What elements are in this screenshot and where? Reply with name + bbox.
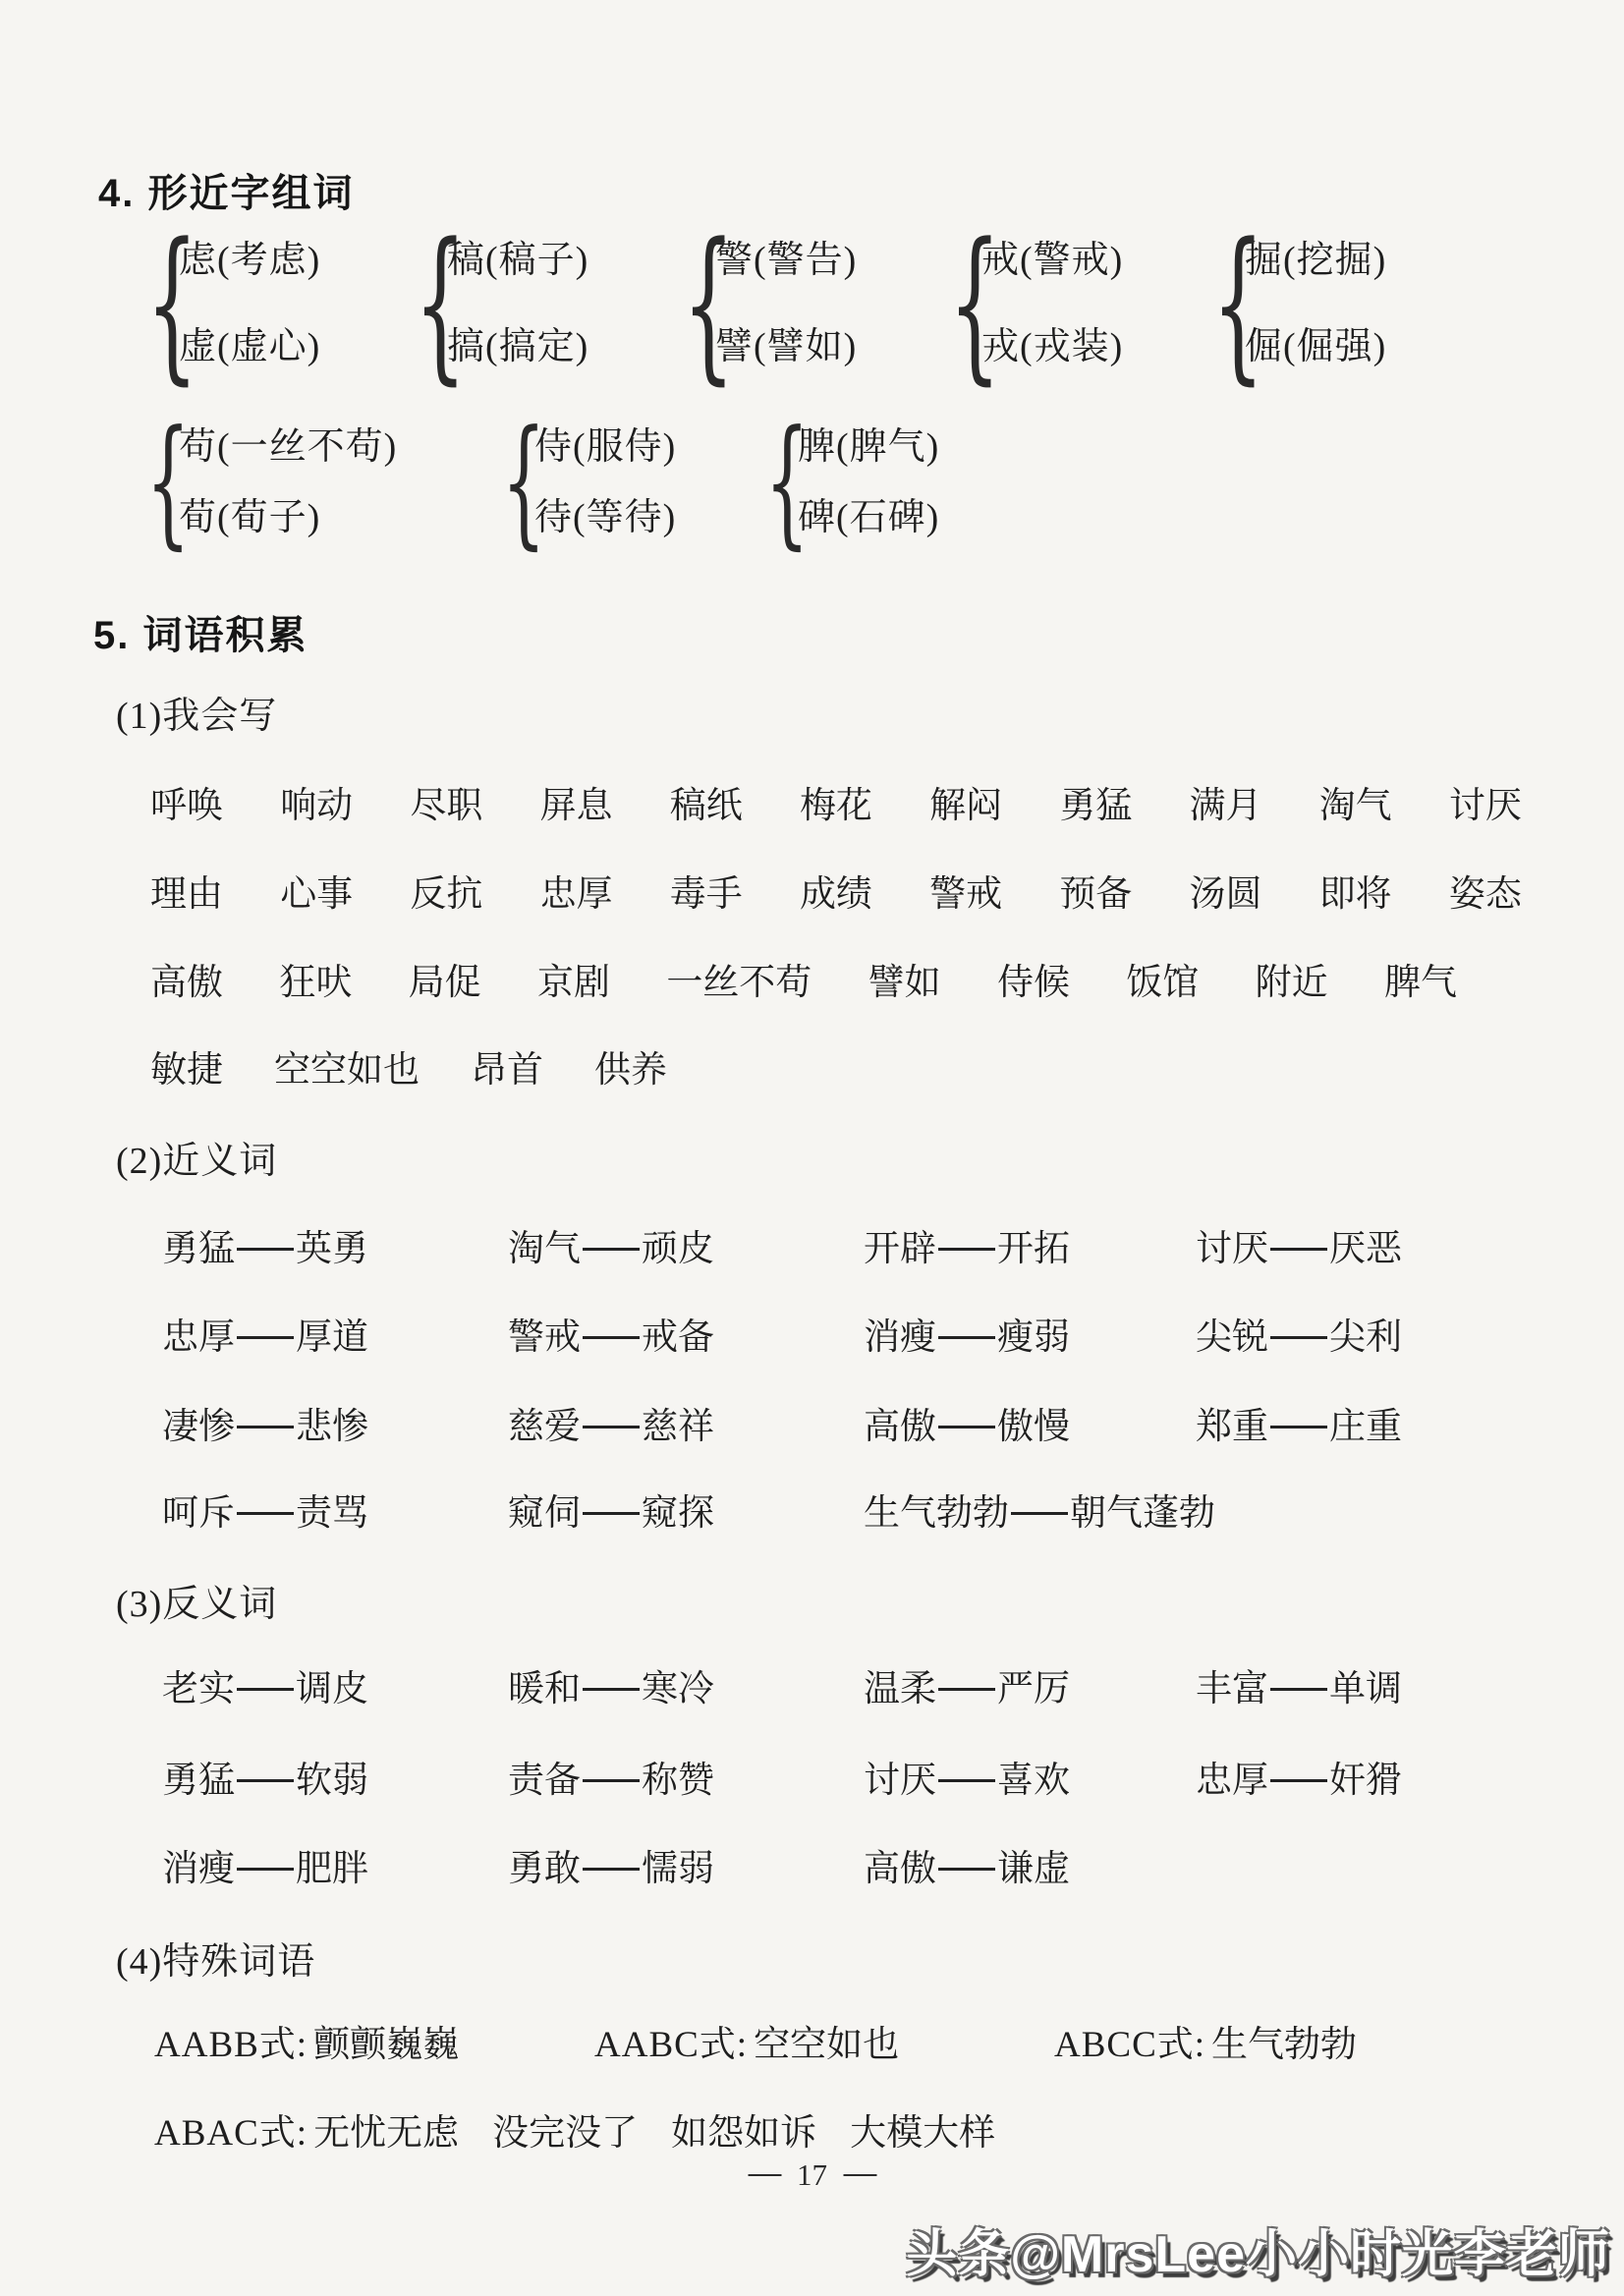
brace-word-pair: 掘(挖掘)倔(倔强): [1245, 239, 1386, 368]
special-words-row: AABB式:颤颤巍巍AABC式:空空如也ABCC式:生气勃勃: [154, 2014, 1575, 2067]
dash-connector: [938, 1426, 995, 1428]
page-number: 17: [748, 2157, 876, 2193]
pair-right-word: 尖利: [1329, 1317, 1402, 1358]
dash-connector: [938, 1688, 995, 1691]
pattern-word: 大模大样: [850, 2113, 995, 2154]
dash-connector: [1270, 1779, 1327, 1782]
pair-right-word: 软弱: [296, 1761, 368, 1801]
pair-left-word: 勇猛: [162, 1229, 235, 1269]
pair-right-word: 厚道: [296, 1317, 368, 1358]
word-list-row: 理由心事反抗忠厚毒手成绩警戒预备汤圆即将姿态: [150, 864, 1522, 917]
brace-word-top: 脾(脾气): [798, 425, 939, 469]
pair-right-word: 傲慢: [997, 1407, 1070, 1447]
brace-word-top: 苟(一丝不苟): [179, 425, 397, 469]
word-pair: 讨厌喜欢: [864, 1750, 1196, 1803]
brace-word-pair: 戒(警戒)戎(戎装): [981, 239, 1123, 368]
word-item: 毒手: [670, 864, 743, 917]
brace-word-bottom: 待(等待): [534, 496, 676, 539]
brace-word-top: 虑(考虑): [179, 239, 320, 282]
pattern-item: AABC式:空空如也: [594, 2014, 1054, 2067]
left-brace-icon: {: [415, 221, 435, 386]
pair-left-word: 消瘦: [864, 1317, 936, 1358]
pair-right-word: 庄重: [1329, 1407, 1402, 1447]
pair-left-word: 忠厚: [162, 1317, 235, 1358]
word-item: 供养: [594, 1039, 667, 1092]
brace-group: {侍(服侍)待(等待): [491, 413, 676, 552]
word-pair: 温柔严厉: [864, 1658, 1196, 1711]
pattern-word: 颤颤巍巍: [313, 2025, 459, 2065]
pair-left-word: 尖锐: [1196, 1317, 1268, 1358]
dash-connector: [237, 1868, 294, 1871]
brace-word-top: 警(警告): [715, 239, 857, 282]
word-pair: 淘气顽皮: [508, 1218, 864, 1271]
word-pair: 丰富单调: [1196, 1658, 1575, 1711]
word-pair: 尖锐尖利: [1196, 1307, 1575, 1360]
pattern-word: 没完没了: [492, 2113, 638, 2154]
subsection-4-title: (4)特殊词语: [116, 1931, 315, 1985]
pair-right-word: 戒备: [642, 1317, 714, 1358]
pair-right-word: 单调: [1329, 1669, 1402, 1709]
word-item: 成绩: [800, 864, 872, 917]
pair-right-word: 英勇: [296, 1229, 368, 1269]
brace-word-top: 侍(服侍): [534, 425, 676, 469]
pair-left-word: 责备: [508, 1761, 581, 1801]
pair-right-word: 朝气蓬勃: [1070, 1493, 1215, 1534]
word-pair: 高傲傲慢: [864, 1396, 1196, 1449]
brace-group: {掘(挖掘)倔(倔强): [1202, 221, 1386, 386]
brace-word-bottom: 搞(搞定): [447, 325, 588, 368]
word-pair: 呵斥责骂: [162, 1483, 508, 1536]
word-list-row: 敏捷空空如也昂首供养: [150, 1039, 667, 1092]
word-pair: 勇敢懦弱: [508, 1838, 864, 1891]
brace-word-pair: 虑(考虑)虚(虚心): [179, 239, 320, 368]
page-number-dash-left: [748, 2174, 781, 2176]
word-pair: 勇猛英勇: [162, 1218, 508, 1271]
pair-left-word: 郑重: [1196, 1407, 1268, 1447]
pair-right-word: 谦虚: [997, 1849, 1070, 1889]
watermark-text: 头条@MrsLee小小时光李老师: [906, 2212, 1610, 2286]
synonym-row: 勇猛英勇淘气顽皮开辟开拓讨厌厌恶: [162, 1218, 1575, 1271]
synonym-row: 凄惨悲惨慈爱慈祥高傲傲慢郑重庄重: [162, 1396, 1575, 1449]
dash-connector: [237, 1512, 294, 1515]
pattern-word: 如怨如诉: [671, 2113, 816, 2154]
brace-word-bottom: 戎(戎装): [981, 325, 1123, 368]
pair-right-word: 顽皮: [642, 1229, 714, 1269]
brace-group: {虑(考虑)虚(虚心): [136, 221, 320, 386]
dash-connector: [237, 1248, 294, 1251]
word-list-row: 呼唤响动尽职屏息稿纸梅花解闷勇猛满月淘气讨厌: [150, 775, 1522, 828]
left-brace-icon: {: [502, 413, 523, 552]
pair-left-word: 老实: [162, 1669, 235, 1709]
word-pair: 忠厚厚道: [162, 1307, 508, 1360]
word-item: 讨厌: [1449, 775, 1522, 828]
word-item: 汤圆: [1190, 864, 1262, 917]
pair-right-word: 严厉: [997, 1669, 1070, 1709]
dash-connector: [237, 1688, 294, 1691]
antonym-row: 老实调皮暖和寒冷温柔严厉丰富单调: [162, 1658, 1575, 1711]
pair-right-word: 窥探: [642, 1493, 714, 1534]
page-number-dash-right: [843, 2174, 876, 2176]
dash-connector: [237, 1336, 294, 1339]
brace-word-bottom: 倔(倔强): [1245, 325, 1386, 368]
word-item: 饭馆: [1126, 952, 1199, 1005]
special-words-row: ABAC式:无忧无虑没完没了如怨如诉大模大样: [154, 2102, 1575, 2156]
pair-right-word: 瘦弱: [997, 1317, 1070, 1358]
pair-left-word: 淘气: [508, 1229, 581, 1269]
pattern-label: AABB式:: [154, 2025, 308, 2065]
word-pair: 暖和寒冷: [508, 1658, 864, 1711]
word-item: 心事: [280, 864, 353, 917]
word-list-row: 高傲狂吠局促京剧一丝不苟譬如侍候饭馆附近脾气: [150, 952, 1457, 1005]
dash-connector: [938, 1336, 995, 1339]
pattern-item: ABCC式:生气勃勃: [1054, 2014, 1575, 2067]
pair-left-word: 丰富: [1196, 1669, 1268, 1709]
pair-left-word: 讨厌: [1196, 1229, 1268, 1269]
word-item: 京剧: [537, 952, 610, 1005]
brace-word-pair: 苟(一丝不苟)荀(荀子): [179, 425, 397, 539]
synonym-row: 呵斥责骂窥伺窥探生气勃勃朝气蓬勃: [162, 1483, 1575, 1536]
pair-right-word: 责骂: [296, 1493, 368, 1534]
dash-connector: [1011, 1512, 1068, 1515]
word-item: 忠厚: [540, 864, 613, 917]
brace-group: {苟(一丝不苟)荀(荀子): [136, 413, 397, 552]
word-item: 稿纸: [670, 775, 743, 828]
word-pair: 勇猛软弱: [162, 1750, 508, 1803]
word-item: 解闷: [929, 775, 1002, 828]
antonym-row: 勇猛软弱责备称赞讨厌喜欢忠厚奸猾: [162, 1750, 1575, 1803]
word-item: 附近: [1256, 952, 1328, 1005]
brace-group: {稿(稿子)搞(搞定): [404, 221, 588, 386]
dash-connector: [237, 1779, 294, 1782]
brace-word-top: 戒(警戒): [981, 239, 1123, 282]
pattern-item: ABAC式:无忧无虑没完没了如怨如诉大模大样: [154, 2102, 1575, 2156]
brace-group: {脾(脾气)碑(石碑): [755, 413, 939, 552]
word-pair: 消瘦瘦弱: [864, 1307, 1196, 1360]
antonym-row: 消瘦肥胖勇敢懦弱高傲谦虚: [162, 1838, 1575, 1891]
pair-right-word: 称赞: [642, 1761, 714, 1801]
word-item: 屏息: [540, 775, 613, 828]
word-pair: 郑重庄重: [1196, 1396, 1575, 1449]
word-item: 敏捷: [150, 1039, 223, 1092]
word-item: 淘气: [1319, 775, 1392, 828]
dash-connector: [938, 1248, 995, 1251]
word-pair: 忠厚奸猾: [1196, 1750, 1575, 1803]
pair-left-word: 暖和: [508, 1669, 581, 1709]
dash-connector: [583, 1868, 640, 1871]
pair-left-word: 勇猛: [162, 1761, 235, 1801]
pair-left-word: 凄惨: [162, 1407, 235, 1447]
word-item: 预备: [1059, 864, 1132, 917]
word-pair: 慈爱慈祥: [508, 1396, 864, 1449]
word-pair: 高傲谦虚: [864, 1838, 1196, 1891]
word-item: 高傲: [150, 952, 223, 1005]
brace-word-pair: 侍(服侍)待(等待): [534, 425, 676, 539]
word-pair: 凄惨悲惨: [162, 1396, 508, 1449]
pair-left-word: 讨厌: [864, 1761, 936, 1801]
pattern-word: 生气勃勃: [1211, 2025, 1357, 2065]
page-number-value: 17: [797, 2157, 827, 2193]
synonym-row: 忠厚厚道警戒戒备消瘦瘦弱尖锐尖利: [162, 1307, 1575, 1360]
word-item: 侍候: [997, 952, 1070, 1005]
word-item: 昂首: [471, 1039, 543, 1092]
brace-word-pair: 警(警告)譬(譬如): [715, 239, 857, 368]
pair-left-word: 高傲: [864, 1407, 936, 1447]
dash-connector: [1270, 1336, 1327, 1339]
pattern-item: AABB式:颤颤巍巍: [154, 2014, 594, 2067]
dash-connector: [237, 1426, 294, 1428]
word-item: 空空如也: [274, 1039, 420, 1092]
word-pair: 责备称赞: [508, 1750, 864, 1803]
word-item: 即将: [1319, 864, 1392, 917]
pair-left-word: 窥伺: [508, 1493, 581, 1534]
dash-connector: [583, 1688, 640, 1691]
brace-word-pair: 稿(稿子)搞(搞定): [447, 239, 588, 368]
pair-left-word: 生气勃勃: [864, 1493, 1009, 1534]
word-item: 一丝不苟: [666, 952, 812, 1005]
pair-left-word: 温柔: [864, 1669, 936, 1709]
pattern-word: 空空如也: [754, 2025, 899, 2065]
word-item: 勇猛: [1059, 775, 1132, 828]
pattern-label: ABCC式:: [1054, 2025, 1205, 2065]
pair-right-word: 喜欢: [997, 1761, 1070, 1801]
word-pair: 开辟开拓: [864, 1218, 1196, 1271]
word-item: 脾气: [1384, 952, 1457, 1005]
brace-group: {戒(警戒)戎(戎装): [938, 221, 1123, 386]
word-pair: 窥伺窥探: [508, 1483, 864, 1536]
left-brace-icon: {: [683, 221, 703, 386]
left-brace-icon: {: [146, 413, 167, 552]
brace-word-bottom: 譬(譬如): [715, 325, 857, 368]
brace-word-bottom: 荀(荀子): [179, 496, 397, 539]
pair-left-word: 忠厚: [1196, 1761, 1268, 1801]
pair-left-word: 勇敢: [508, 1849, 581, 1889]
pair-left-word: 呵斥: [162, 1493, 235, 1534]
word-pair: 消瘦肥胖: [162, 1838, 508, 1891]
pair-left-word: 警戒: [508, 1317, 581, 1358]
pair-left-word: 高傲: [864, 1849, 936, 1889]
pair-right-word: 慈祥: [642, 1407, 714, 1447]
pair-right-word: 奸猾: [1329, 1761, 1402, 1801]
brace-word-bottom: 虚(虚心): [179, 325, 320, 368]
pair-right-word: 厌恶: [1329, 1229, 1402, 1269]
word-item: 狂吠: [279, 952, 352, 1005]
word-item: 理由: [150, 864, 223, 917]
dash-connector: [583, 1248, 640, 1251]
pair-right-word: 寒冷: [642, 1669, 714, 1709]
brace-word-top: 稿(稿子): [447, 239, 588, 282]
subsection-3-title: (3)反义词: [116, 1573, 277, 1627]
dash-connector: [1270, 1248, 1327, 1251]
pair-left-word: 消瘦: [162, 1849, 235, 1889]
left-brace-icon: {: [949, 221, 970, 386]
dash-connector: [1270, 1426, 1327, 1428]
dash-connector: [938, 1779, 995, 1782]
word-item: 姿态: [1449, 864, 1522, 917]
word-item: 响动: [280, 775, 353, 828]
word-item: 尽职: [410, 775, 482, 828]
subsection-2-title: (2)近义词: [116, 1130, 277, 1184]
pair-right-word: 开拓: [997, 1229, 1070, 1269]
word-pair: 老实调皮: [162, 1658, 508, 1711]
pair-right-word: 肥胖: [296, 1849, 368, 1889]
section-5-title: 5. 词语积累: [93, 604, 308, 660]
document-page: 4. 形近字组词 {虑(考虑)虚(虚心){稿(稿子)搞(搞定){警(警告)譬(譬…: [0, 0, 1624, 2296]
word-item: 局促: [409, 952, 481, 1005]
dash-connector: [583, 1512, 640, 1515]
word-pair: 警戒戒备: [508, 1307, 864, 1360]
pair-left-word: 开辟: [864, 1229, 936, 1269]
pattern-label: AABC式:: [594, 2025, 748, 2065]
word-item: 譬如: [868, 952, 941, 1005]
dash-connector: [583, 1426, 640, 1428]
word-item: 梅花: [800, 775, 872, 828]
left-brace-icon: {: [146, 221, 167, 386]
word-item: 反抗: [410, 864, 482, 917]
word-pair: 生气勃勃朝气蓬勃: [864, 1483, 1196, 1536]
left-brace-icon: {: [765, 413, 786, 552]
pattern-word: 无忧无虑: [313, 2113, 459, 2154]
word-pair: 讨厌厌恶: [1196, 1218, 1575, 1271]
word-item: 呼唤: [150, 775, 223, 828]
word-item: 警戒: [929, 864, 1002, 917]
pair-left-word: 慈爱: [508, 1407, 581, 1447]
pair-right-word: 懦弱: [642, 1849, 714, 1889]
word-item: 满月: [1190, 775, 1262, 828]
pair-right-word: 调皮: [296, 1669, 368, 1709]
dash-connector: [938, 1868, 995, 1871]
brace-word-top: 掘(挖掘): [1245, 239, 1386, 282]
brace-word-pair: 脾(脾气)碑(石碑): [798, 425, 939, 539]
section-4-title: 4. 形近字组词: [98, 162, 354, 218]
dash-connector: [583, 1779, 640, 1782]
left-brace-icon: {: [1212, 221, 1233, 386]
dash-connector: [1270, 1688, 1327, 1691]
dash-connector: [583, 1336, 640, 1339]
subsection-1-title: (1)我会写: [116, 685, 277, 739]
pattern-label: ABAC式:: [154, 2113, 308, 2154]
brace-group: {警(警告)譬(譬如): [672, 221, 857, 386]
brace-word-bottom: 碑(石碑): [798, 496, 939, 539]
pair-right-word: 悲惨: [296, 1407, 368, 1447]
